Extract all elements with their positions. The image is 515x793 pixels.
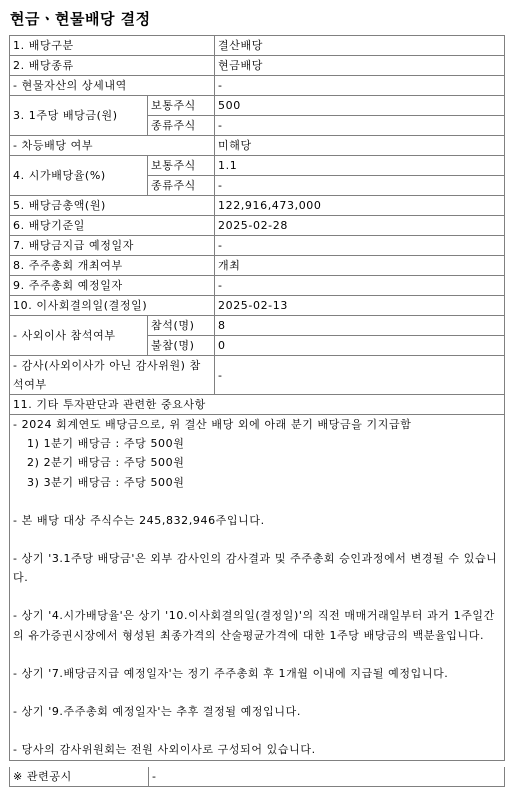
row-differential-dividend: - 차등배당 여부 미해당 [10, 136, 505, 156]
label: 5. 배당금총액(원) [10, 196, 215, 216]
label: - 사외이사 참석여부 [10, 316, 148, 356]
label: 2. 배당종류 [10, 56, 215, 76]
row-dividend-type: 2. 배당종류 현금배당 [10, 56, 505, 76]
value: 2025-02-28 [215, 216, 505, 236]
page-title: 현금ㆍ현물배당 결정 [10, 8, 151, 29]
sub-label: 참석(명) [148, 316, 215, 336]
sub-label: 불참(명) [148, 336, 215, 356]
label: - 차등배당 여부 [10, 136, 215, 156]
value: 500 [215, 96, 505, 116]
value: 결산배당 [215, 36, 505, 56]
label: 8. 주주총회 개최여부 [10, 256, 215, 276]
value: - [215, 356, 505, 395]
row-yield-common: 4. 시가배당율(%) 보통주식 1.1 [10, 156, 505, 176]
note-q3-dividend: 3) 3분기 배당금 : 주당 500원 [13, 473, 501, 492]
label: - 감사(사외이사가 아닌 감사위원) 참석여부 [10, 356, 215, 395]
note-q1-dividend: 1) 1분기 배당금 : 주당 500원 [13, 434, 501, 453]
sub-label: 보통주식 [148, 96, 215, 116]
label: 6. 배당기준일 [10, 216, 215, 236]
spacer [13, 721, 501, 740]
label: 7. 배당금지급 예정일자 [10, 236, 215, 256]
value: 2025-02-13 [215, 296, 505, 316]
row-total-dividend: 5. 배당금총액(원) 122,916,473,000 [10, 196, 505, 216]
value: - [215, 116, 505, 136]
label: 11. 기타 투자판단과 관련한 중요사항 [10, 395, 505, 415]
sub-label: 종류주식 [148, 116, 215, 136]
row-related-disclosure: ※ 관련공시 - [10, 767, 505, 787]
value: - [149, 767, 505, 787]
note-q2-dividend: 2) 2분기 배당금 : 주당 500원 [13, 453, 501, 472]
related-disclosure-table: ※ 관련공시 - [9, 767, 505, 787]
value: 개최 [215, 256, 505, 276]
row-agm-held: 8. 주주총회 개최여부 개최 [10, 256, 505, 276]
row-board-resolution-date: 10. 이사회결의일(결정일) 2025-02-13 [10, 296, 505, 316]
value: - [215, 176, 505, 196]
note-audit-committee: - 당사의 감사위원회는 전원 사외이사로 구성되어 있습니다. [13, 740, 501, 759]
value: 1.1 [215, 156, 505, 176]
label: ※ 관련공시 [10, 767, 149, 787]
value: 8 [215, 316, 505, 336]
row-outside-directors-present: - 사외이사 참석여부 참석(명) 8 [10, 316, 505, 336]
row-payment-date: 7. 배당금지급 예정일자 - [10, 236, 505, 256]
note-dps-change: - 상기 '3.1주당 배당금'은 외부 감사인의 감사결과 및 주주총회 승인… [13, 549, 501, 587]
row-dividend-category: 1. 배당구분 결산배당 [10, 36, 505, 56]
value: - [215, 236, 505, 256]
label: 3. 1주당 배당금(원) [10, 96, 148, 136]
spacer [13, 587, 501, 606]
row-in-kind-details: - 현물자산의 상세내역 - [10, 76, 505, 96]
spacer [13, 645, 501, 664]
label: 9. 주주총회 예정일자 [10, 276, 215, 296]
note-prior-dividends: - 2024 회계연도 배당금으로, 위 결산 배당 외에 아래 분기 배당금을… [13, 415, 501, 434]
spacer [13, 492, 501, 511]
label: 4. 시가배당율(%) [10, 156, 148, 196]
sub-label: 보통주식 [148, 156, 215, 176]
note-yield-definition: - 상기 '4.시가배당율'은 상기 '10.이사회결의일(결정일)'의 직전 … [13, 606, 501, 644]
label: 10. 이사회결의일(결정일) [10, 296, 215, 316]
row-other-matters-notes: - 2024 회계연도 배당금으로, 위 결산 배당 외에 아래 분기 배당금을… [10, 415, 505, 761]
note-share-count: - 본 배당 대상 주식수는 245,832,946주입니다. [13, 511, 501, 530]
note-payment-date: - 상기 '7.배당금지급 예정일자'는 정기 주주총회 후 1개월 이내에 지… [13, 664, 501, 683]
row-agm-date: 9. 주주총회 예정일자 - [10, 276, 505, 296]
row-record-date: 6. 배당기준일 2025-02-28 [10, 216, 505, 236]
spacer [13, 530, 501, 549]
value: 현금배당 [215, 56, 505, 76]
spacer [13, 683, 501, 702]
label: 1. 배당구분 [10, 36, 215, 56]
value: 미해당 [215, 136, 505, 156]
note-agm-date: - 상기 '9.주주총회 예정일자'는 추후 결정될 예정입니다. [13, 702, 501, 721]
value: 0 [215, 336, 505, 356]
label: - 현물자산의 상세내역 [10, 76, 215, 96]
row-auditor-attendance: - 감사(사외이사가 아닌 감사위원) 참석여부 - [10, 356, 505, 395]
value: - [215, 76, 505, 96]
value: - [215, 276, 505, 296]
value: 122,916,473,000 [215, 196, 505, 216]
row-other-matters-header: 11. 기타 투자판단과 관련한 중요사항 [10, 395, 505, 415]
notes-cell: - 2024 회계연도 배당금으로, 위 결산 배당 외에 아래 분기 배당금을… [10, 415, 505, 761]
disclosure-table: 1. 배당구분 결산배당 2. 배당종류 현금배당 - 현물자산의 상세내역 -… [9, 35, 505, 761]
sub-label: 종류주식 [148, 176, 215, 196]
row-dps-common: 3. 1주당 배당금(원) 보통주식 500 [10, 96, 505, 116]
